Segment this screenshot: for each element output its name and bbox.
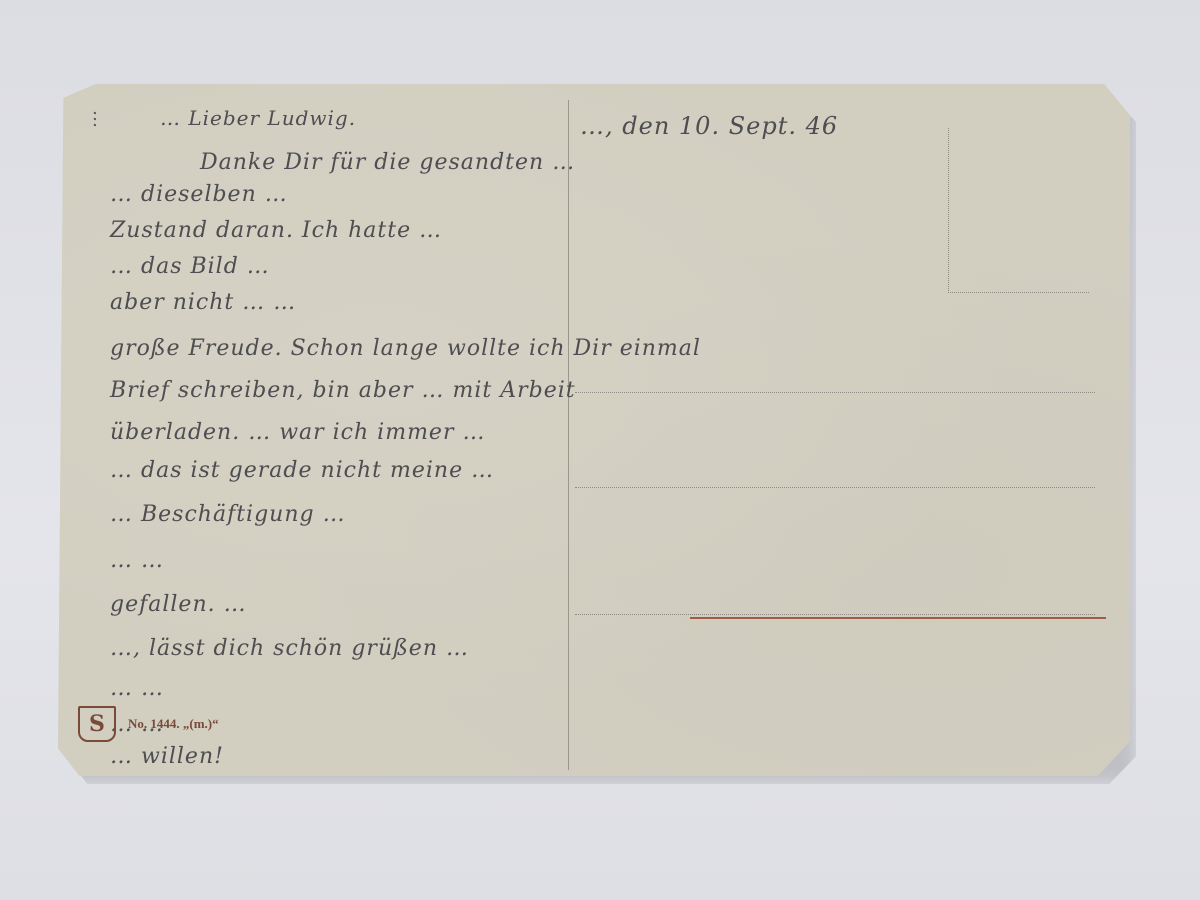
text-line: … Beschäftigung … (110, 502, 346, 527)
text-line: … dieselben … (110, 182, 288, 207)
text-line: Brief schreiben, bin aber … mit Arbeit (110, 378, 576, 403)
publisher-mark: S No. 1444. „(m.)“ (78, 706, 219, 742)
text-line: Zustand daran. Ich hatte … (110, 218, 442, 243)
stamp-area (948, 128, 1089, 293)
salutation: … Lieber Ludwig. (160, 106, 356, 130)
address-line (575, 614, 1095, 615)
text-line: aber nicht … … (110, 290, 296, 315)
publisher-number: No. 1444. „(m.)“ (128, 716, 219, 732)
red-underline (690, 617, 1106, 619)
text-line: gefallen. … (110, 592, 247, 617)
text-line: große Freude. Schon lange wollte ich Dir… (110, 336, 701, 361)
text-line: überladen. … war ich immer … (110, 420, 485, 445)
text-line: … das ist gerade nicht meine … (110, 458, 494, 483)
address-line (575, 392, 1095, 393)
text-line: Danke Dir für die gesandten … (200, 150, 575, 175)
text-line: … … (110, 676, 164, 701)
address-line (575, 487, 1095, 488)
center-divider (568, 100, 569, 770)
text-line: …, lässt dich schön grüßen … (110, 636, 469, 661)
place-date: …, den 10. Sept. 46 (580, 112, 838, 140)
text-line: … … (110, 548, 164, 573)
side-note: … (70, 110, 110, 630)
text-line: … das Bild … (110, 254, 270, 279)
text-line: … willen! (110, 744, 224, 769)
publisher-logo-icon: S (78, 706, 116, 742)
